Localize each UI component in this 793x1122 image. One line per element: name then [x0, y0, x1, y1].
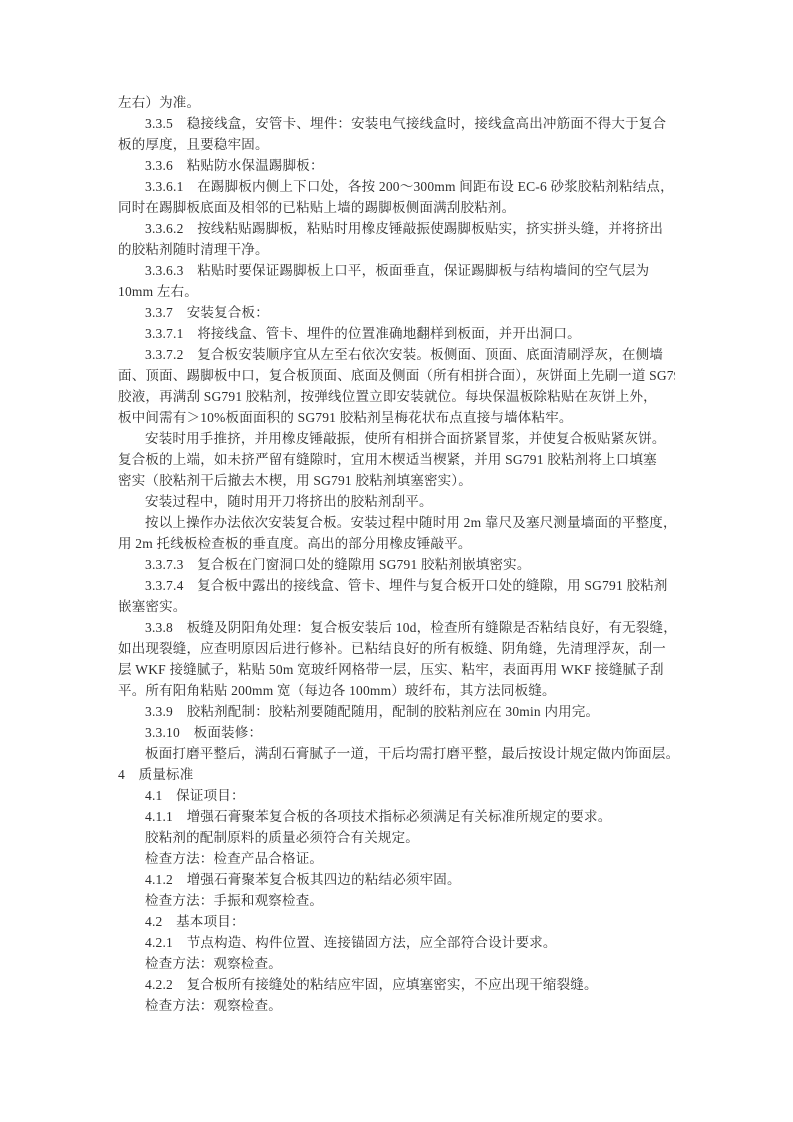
text-line: 4.1.2 增强石膏聚苯复合板其四边的粘结必须牢固。 [118, 869, 675, 890]
text-line: 3.3.7.2 复合板安装顺序宜从左至右依次安装。板侧面、顶面、底面清刷浮灰，在… [118, 344, 675, 365]
text-line: 板面打磨平整后，满刮石膏腻子一道，干后均需打磨平整，最后按设计规定做内饰面层。 [118, 743, 675, 764]
text-line: 的胶粘剂随时清理干净。 [118, 239, 675, 260]
text-line: 3.3.5 稳接线盒，安管卡、埋件：安装电气接线盒时，接线盒高出冲筋面不得大于复… [118, 113, 675, 134]
text-line: 10mm 左右。 [118, 281, 675, 302]
text-line: 检查方法：观察检查。 [118, 953, 675, 974]
document-body: 左右）为准。3.3.5 稳接线盒，安管卡、埋件：安装电气接线盒时，接线盒高出冲筋… [118, 92, 675, 1122]
text-line: 平。所有阳角粘贴 200mm 宽（每边各 100mm）玻纤布，其方法同板缝。 [118, 680, 675, 701]
text-line: 面、顶面、踢脚板中口，复合板顶面、底面及侧面（所有相拼合面），灰饼面上先刷一道 … [118, 365, 675, 386]
text-line: 胶粘剂的配制原料的质量必须符合有关规定。 [118, 827, 675, 848]
text-line: 3.3.7.1 将接线盒、管卡、埋件的位置准确地翻样到板面，并开出洞口。 [118, 323, 675, 344]
text-line: 3.3.7.4 复合板中露出的接线盒、管卡、埋件与复合板开口处的缝隙，用 SG7… [118, 575, 675, 596]
section-heading: 4 质量标准 [118, 764, 675, 785]
text-line: 安装过程中，随时用开刀将挤出的胶粘剂刮平。 [118, 491, 675, 512]
document-page: 左右）为准。3.3.5 稳接线盒，安管卡、埋件：安装电气接线盒时，接线盒高出冲筋… [0, 0, 793, 1122]
text-line: 4.2 基本项目： [118, 911, 675, 932]
text-line: 检查方法：手振和观察检查。 [118, 890, 675, 911]
text-line: 左右）为准。 [118, 92, 675, 113]
text-line: 3.3.10 板面装修： [118, 722, 675, 743]
text-line: 检查方法：观察检查。 [118, 995, 675, 1016]
text-line: 3.3.8 板缝及阴阳角处理：复合板安装后 10d，检查所有缝隙是否粘结良好，有… [118, 617, 675, 638]
text-line: 4.1.1 增强石膏聚苯复合板的各项技术指标必须满足有关标准所规定的要求。 [118, 806, 675, 827]
text-line: 板的厚度，且要稳牢固。 [118, 134, 675, 155]
text-line: 3.3.6.3 粘贴时要保证踢脚板上口平，板面垂直，保证踢脚板与结构墙间的空气层… [118, 260, 675, 281]
text-line: 用 2m 托线板检查板的垂直度。高出的部分用橡皮锤敲平。 [118, 533, 675, 554]
text-line: 4.2.2 复合板所有接缝处的粘结应牢固，应填塞密实，不应出现干缩裂缝。 [118, 974, 675, 995]
text-line: 复合板的上端，如未挤严留有缝隙时，宜用木楔适当楔紧，并用 SG791 胶粘剂将上… [118, 449, 675, 470]
text-line: 层 WKF 接缝腻子，粘贴 50m 宽玻纤网格带一层，压实、粘牢，表面再用 WK… [118, 659, 675, 680]
text-line: 检查方法：检查产品合格证。 [118, 848, 675, 869]
text-line: 安装时用手推挤，并用橡皮锤敲振，使所有相拼合面挤紧冒浆，并使复合板贴紧灰饼。 [118, 428, 675, 449]
text-line: 同时在踢脚板底面及相邻的已粘贴上墙的踢脚板侧面满刮胶粘剂。 [118, 197, 675, 218]
text-line: 如出现裂缝，应查明原因后进行修补。已粘结良好的所有板缝、阴角缝，先清理浮灰，刮一 [118, 638, 675, 659]
text-line: 3.3.9 胶粘剂配制：胶粘剂要随配随用，配制的胶粘剂应在 30min 内用完。 [118, 701, 675, 722]
text-line: 4.1 保证项目： [118, 785, 675, 806]
text-line: 嵌塞密实。 [118, 596, 675, 617]
text-line: 3.3.6 粘贴防水保温踢脚板： [118, 155, 675, 176]
text-line: 3.3.6.1 在踢脚板内侧上下口处，各按 200～300mm 间距布设 EC-… [118, 176, 675, 197]
text-line: 密实（胶粘剂干后撤去木楔，用 SG791 胶粘剂填塞密实）。 [118, 470, 675, 491]
text-line: 3.3.6.2 按线粘贴踢脚板，粘贴时用橡皮锤敲振使踢脚板贴实，挤实拼头缝，并将… [118, 218, 675, 239]
text-line: 3.3.7 安装复合板： [118, 302, 675, 323]
text-line: 按以上操作办法依次安装复合板。安装过程中随时用 2m 靠尺及塞尺测量墙面的平整度… [118, 512, 675, 533]
text-line: 3.3.7.3 复合板在门窗洞口处的缝隙用 SG791 胶粘剂嵌填密实。 [118, 554, 675, 575]
text-line: 胶液，再满刮 SG791 胶粘剂，按弹线位置立即安装就位。每块保温板除粘贴在灰饼… [118, 386, 675, 407]
text-line: 板中间需有＞10%板面面积的 SG791 胶粘剂呈梅花状布点直接与墙体粘牢。 [118, 407, 675, 428]
text-line: 4.2.1 节点构造、构件位置、连接锚固方法，应全部符合设计要求。 [118, 932, 675, 953]
